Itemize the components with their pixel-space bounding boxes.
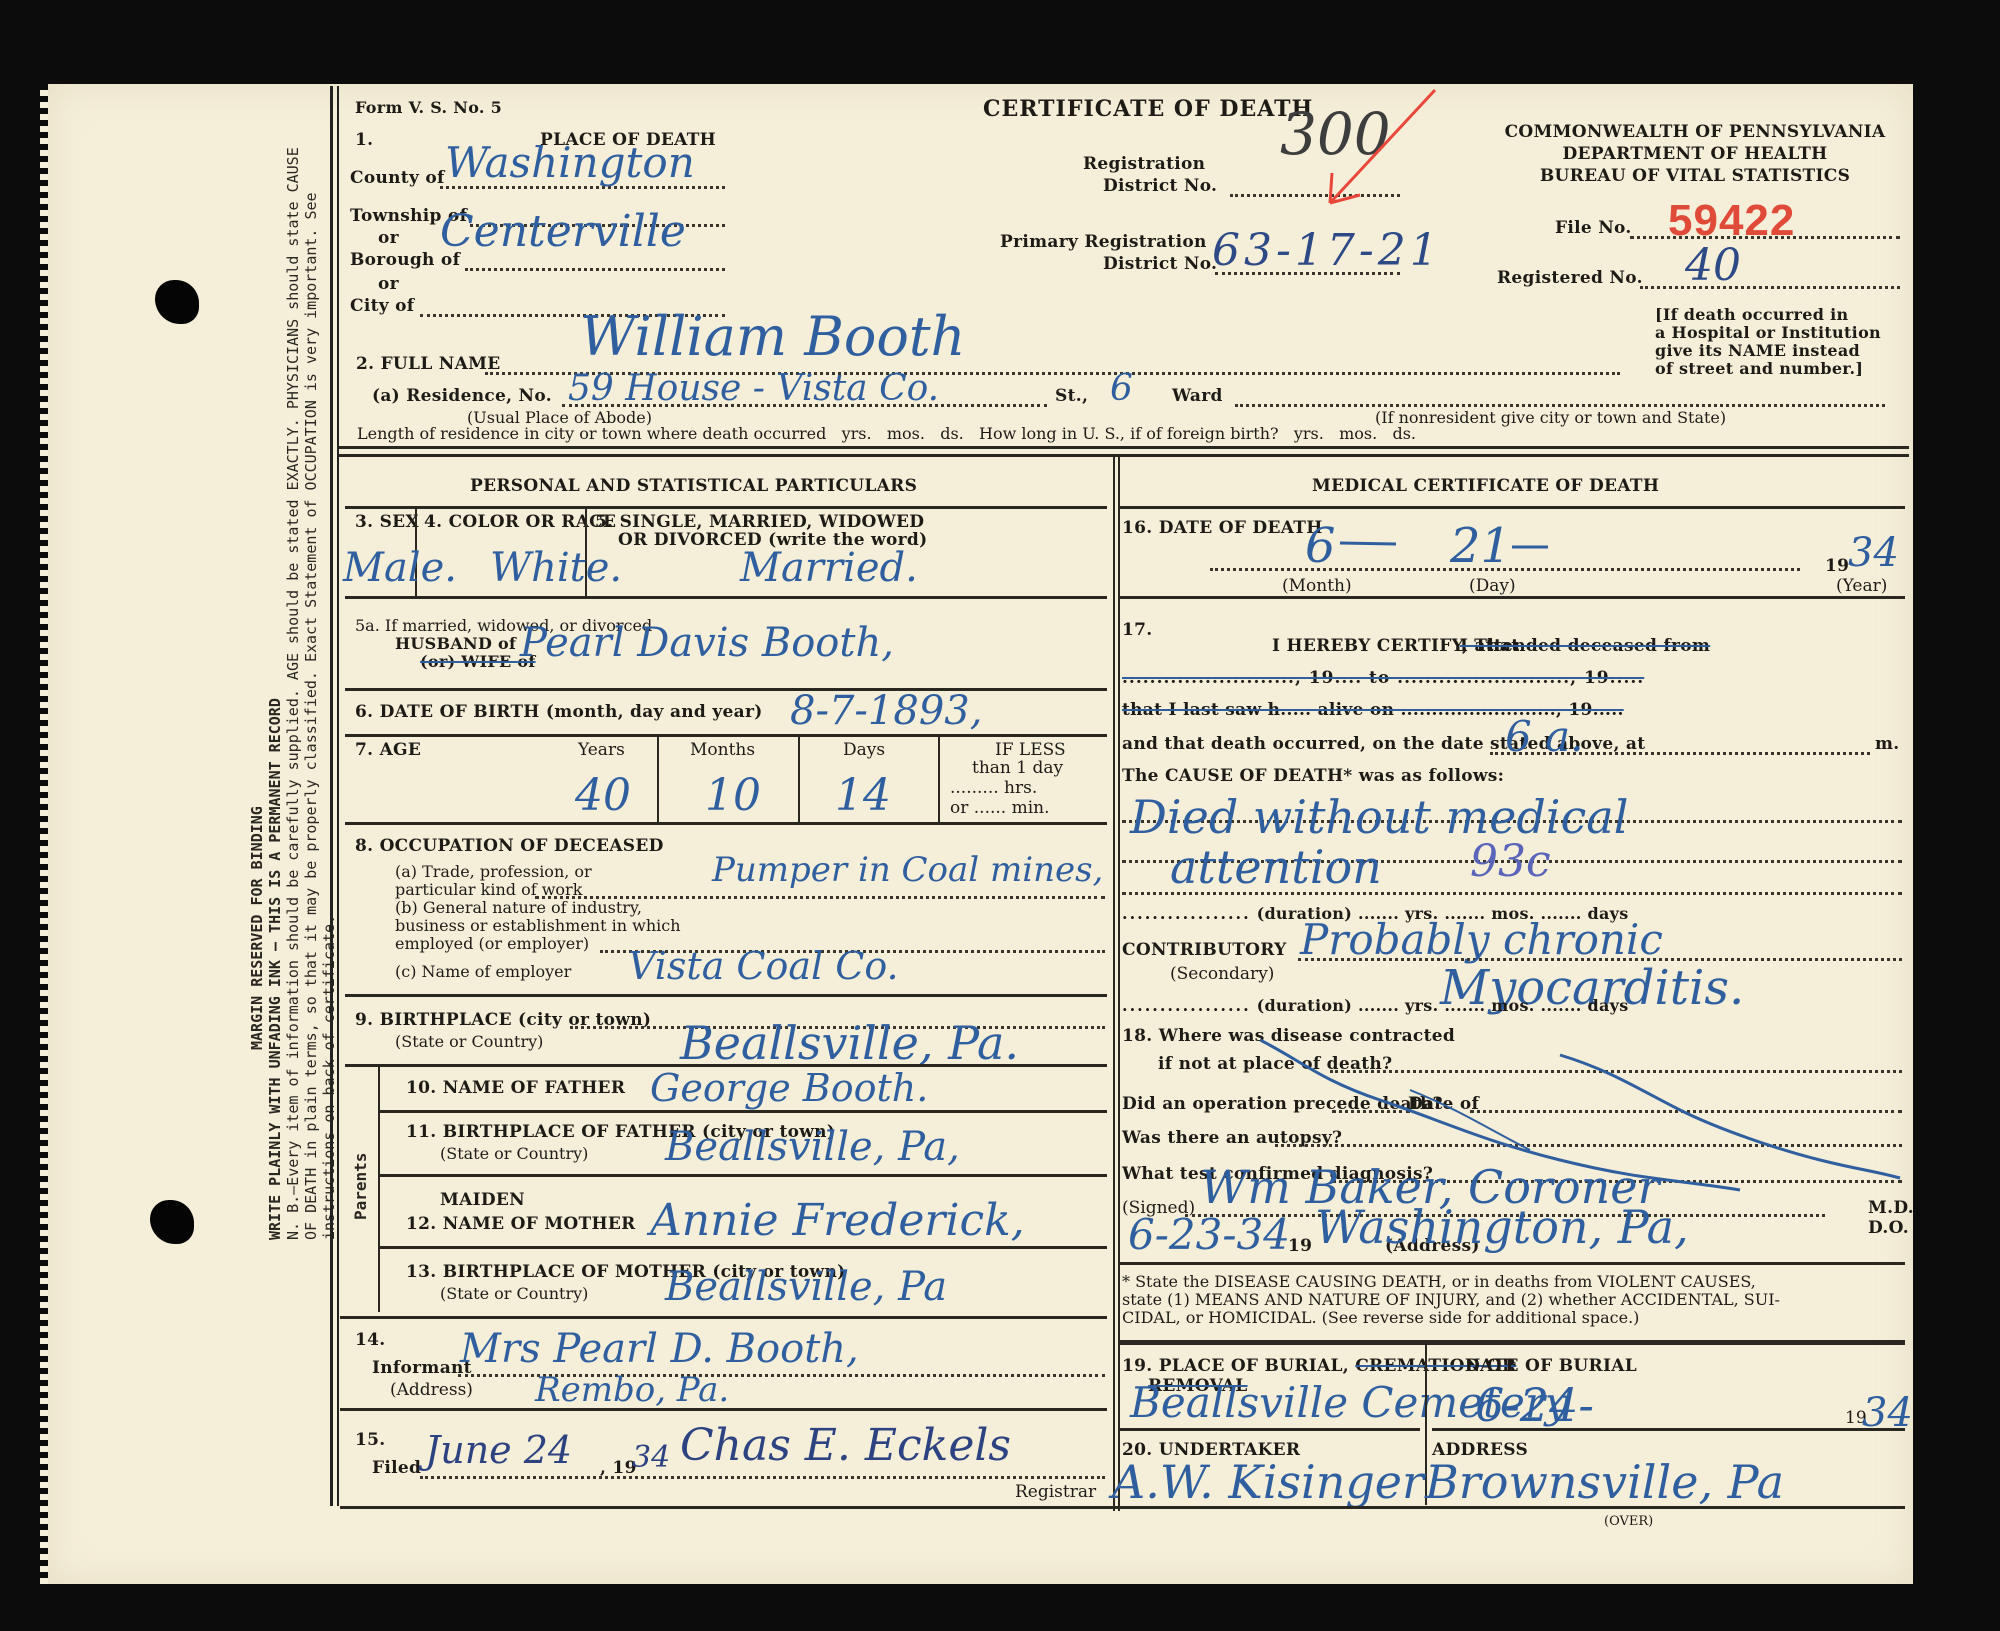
informant-address-label: (Address) (390, 1380, 473, 1400)
undertaker-address-value[interactable]: Brownsville, Pa (1425, 1455, 1784, 1509)
registrar-label: Registrar (1015, 1482, 1096, 1502)
birthplace-value[interactable]: Beallsville, Pa. (680, 1016, 1019, 1070)
occupation-label: 8. OCCUPATION OF DECEASED (355, 836, 664, 856)
or-1: or (378, 228, 399, 248)
year-caption: (Year) (1836, 576, 1887, 596)
column-divider (1113, 456, 1115, 1511)
nonresident-note: (If nonresident give city or town and St… (1375, 408, 1726, 427)
contributory-duration: ................. (duration) ....... yrs… (1122, 996, 1629, 1015)
day-caption: (Day) (1469, 576, 1516, 596)
hospital-note-4: of street and number.] (1655, 359, 1863, 378)
informant-value[interactable]: Mrs Pearl D. Booth, (460, 1326, 859, 1372)
reg-district-label2: District No. (1103, 176, 1217, 196)
file-no-label: File No. (1555, 218, 1632, 238)
authority-line3: BUREAU OF VITAL STATISTICS (1480, 166, 1910, 186)
primary-reg-value[interactable]: 63-17-21 (1212, 225, 1442, 276)
signed-date[interactable]: 6-23-34 (1128, 1210, 1290, 1259)
occ-a-value[interactable]: Pumper in Coal mines, (712, 850, 1103, 890)
spouse-label-2: HUSBAND of (395, 634, 516, 653)
divider-top-2 (339, 454, 1909, 457)
rule (938, 736, 940, 822)
cause-code[interactable]: 93c (1470, 836, 1551, 887)
age-months-label: Months (690, 740, 755, 760)
residence-value[interactable]: 59 House - Vista Co. (568, 368, 939, 409)
form-number: Form V. S. No. 5 (355, 98, 502, 117)
ward-line (1235, 404, 1885, 407)
certificate-title: CERTIFICATE OF DEATH (983, 96, 1313, 122)
age-months-value[interactable]: 10 (705, 770, 761, 821)
red-arrow-mark (1320, 85, 1440, 215)
dod-year-prefix: 19 (1825, 556, 1849, 576)
occ-b-label-2: business or establishment in which (395, 916, 681, 935)
race-label: 4. COLOR OR RACE (424, 512, 616, 532)
rule (1120, 1428, 1420, 1431)
dob-value[interactable]: 8-7-1893, (790, 688, 982, 734)
file-no-stamp: 59422 (1668, 196, 1795, 246)
margin-note-line2: WRITE PLAINLY WITH UNFADING INK — THIS I… (266, 698, 284, 1240)
age-years-label: Years (578, 740, 625, 760)
medical-section-title: MEDICAL CERTIFICATE OF DEATH (1312, 476, 1659, 496)
city-label: City of (350, 296, 414, 316)
margin-note-line5: instructions on back of certificate. (320, 915, 338, 1240)
spouse-value[interactable]: Pearl Davis Booth, (520, 620, 894, 666)
mother-name-label: 12. NAME OF MOTHER (406, 1214, 636, 1234)
filed-year[interactable]: 34 (632, 1440, 670, 1475)
physician-address[interactable]: Washington, Pa, (1315, 1200, 1689, 1254)
dash-mark (1510, 542, 1550, 552)
rule (1120, 1340, 1905, 1345)
burial-date-value[interactable]: 6-24- (1475, 1378, 1594, 1432)
dod-year[interactable]: 34 (1848, 530, 1899, 576)
rule (345, 822, 1107, 825)
dod-month[interactable]: 6 (1305, 518, 1336, 574)
dod-day[interactable]: 21 (1450, 518, 1511, 574)
father-name-value[interactable]: George Booth. (650, 1066, 928, 1110)
certify-struck: I attended deceased from (1460, 636, 1710, 656)
margin-note-line1: MARGIN RESERVED FOR BINDING (248, 806, 266, 1050)
filed-date[interactable]: June 24 (425, 1428, 572, 1472)
rule (380, 1246, 1107, 1249)
borough-line (465, 268, 725, 271)
contributory-label: CONTRIBUTORY (1122, 940, 1287, 960)
rule (345, 994, 1107, 997)
st-value[interactable]: 6 (1110, 368, 1133, 409)
residence-label: (a) Residence, No. (372, 386, 552, 406)
secondary-label: (Secondary) (1170, 964, 1274, 984)
item-1-number: 1. (355, 130, 373, 150)
mother-name-value[interactable]: Annie Frederick, (650, 1195, 1025, 1246)
informant-number: 14. (355, 1330, 385, 1350)
primary-reg-label2: District No. (1103, 254, 1217, 274)
sex-value[interactable]: Male. (343, 545, 457, 591)
margin-note-line4: OF DEATH in plain terms, so that it may … (302, 192, 320, 1240)
burial-date-label: DATE OF BURIAL (1465, 1356, 1637, 1376)
cause-line1-value[interactable]: Died without medical (1130, 790, 1628, 844)
age-less-label-1: IF LESS (995, 740, 1066, 760)
length-of-residence: Length of residence in city or town wher… (357, 424, 1416, 443)
age-days-label: Days (843, 740, 885, 760)
do-label: D.O. (1868, 1218, 1909, 1238)
dash-mark (1338, 538, 1398, 548)
informant-label: Informant (372, 1358, 472, 1378)
attended-dates: ........................., 19.... to ...… (1122, 668, 1644, 688)
over-note: (OVER) (1604, 1514, 1653, 1529)
death-time-value[interactable]: 6 a. (1505, 712, 1583, 761)
dod-label: 16. DATE OF DEATH (1122, 518, 1323, 538)
md-label: M.D. (1868, 1198, 1914, 1218)
bottom-rule (340, 1506, 1905, 1509)
rule (380, 1110, 1107, 1113)
hospital-note-1: [If death occurred in (1655, 305, 1848, 324)
footnote-2: state (1) MEANS AND NATURE OF INJURY, an… (1122, 1290, 1780, 1309)
rule (798, 736, 800, 822)
rule (657, 736, 659, 822)
cause-line2-value[interactable]: attention (1170, 840, 1382, 894)
occ-b-label-3: employed (or employer) (395, 934, 589, 953)
county-label: County of (350, 168, 445, 188)
borough-value[interactable]: Centerville (440, 206, 686, 257)
race-value[interactable]: White. (490, 545, 622, 591)
occ-c-value[interactable]: Vista Coal Co. (628, 944, 899, 988)
birthplace-label-2: (State or Country) (395, 1032, 543, 1051)
divider-top (339, 446, 1909, 449)
occ-c-label: (c) Name of employer (395, 962, 571, 981)
registered-no-line (1640, 286, 1900, 289)
county-value[interactable]: Washington (445, 138, 695, 187)
rule (345, 688, 1107, 691)
rule (380, 1174, 1107, 1177)
age-hours: ......... hrs. (950, 778, 1037, 798)
registrar-signature[interactable]: Chas E. Eckels (680, 1420, 1011, 1471)
rule (340, 1316, 1107, 1319)
father-bp-value[interactable]: Beallsville, Pa, (665, 1124, 960, 1170)
frame-left (330, 86, 333, 1506)
rule (345, 596, 1107, 599)
hospital-note-2: a Hospital or Institution (1655, 323, 1881, 342)
marital-value[interactable]: Married. (740, 545, 918, 591)
authority-line2: DEPARTMENT OF HEALTH (1480, 144, 1910, 164)
filed-label: Filed (372, 1458, 421, 1478)
age-less-label-2: than 1 day (972, 758, 1063, 778)
full-name-value[interactable]: William Booth (580, 305, 965, 368)
rule (1432, 1428, 1905, 1431)
column-divider-2 (1118, 456, 1120, 1511)
item-17-number: 17. (1122, 620, 1152, 640)
rule (1120, 596, 1905, 599)
spouse-label-3: (or) WIFE of (420, 652, 536, 671)
rule (1120, 1262, 1905, 1265)
filed-number: 15. (355, 1430, 385, 1450)
footnote-3: CIDAL, or HOMICIDAL. (See reverse side f… (1122, 1308, 1639, 1327)
marital-label-1: 5. SINGLE, MARRIED, WIDOWED (595, 512, 924, 532)
registered-no-label: Registered No. (1497, 268, 1643, 288)
age-years-value[interactable]: 40 (575, 770, 631, 821)
death-time-suffix: m. (1875, 734, 1900, 754)
rule (1120, 506, 1905, 509)
mother-bp-value[interactable]: Beallsville, Pa (665, 1264, 947, 1310)
mother-bp-label-2: (State or Country) (440, 1284, 588, 1303)
dob-label: 6. DATE OF BIRTH (month, day and year) (355, 702, 763, 722)
contributory-line1-value[interactable]: Probably chronic (1300, 915, 1663, 964)
registered-no-value[interactable]: 40 (1685, 240, 1741, 291)
full-name-label: 2. FULL NAME (356, 354, 501, 374)
father-bp-label-2: (State or Country) (440, 1144, 588, 1163)
occ-a-label-1: (a) Trade, profession, or (395, 862, 592, 881)
reg-district-label: Registration (1083, 154, 1205, 174)
or-2: or (378, 274, 399, 294)
father-name-label: 10. NAME OF FATHER (406, 1078, 625, 1098)
mother-maiden-label: MAIDEN (440, 1190, 525, 1210)
authority-line1: COMMONWEALTH OF PENNSYLVANIA (1480, 122, 1910, 142)
rule (340, 1408, 1107, 1411)
margin-note-line3: N. B.—Every item of information should b… (284, 147, 302, 1240)
age-label: 7. AGE (355, 740, 421, 760)
frame-left-inner (337, 86, 339, 1506)
informant-address-value[interactable]: Rembo, Pa. (535, 1370, 729, 1410)
burial-label: 19. PLACE OF BURIAL, CREMATION OR (1122, 1356, 1516, 1376)
rule (345, 506, 1107, 509)
month-caption: (Month) (1282, 576, 1352, 596)
parents-label: Parents (352, 1153, 370, 1220)
primary-reg-label: Primary Registration (1000, 232, 1207, 252)
footnote-1: * State the DISEASE CAUSING DEATH, or in… (1122, 1272, 1756, 1291)
filed-line (420, 1476, 1105, 1479)
undertaker-value[interactable]: A.W. Kisinger (1112, 1455, 1424, 1509)
hospital-note-3: give its NAME instead (1655, 341, 1860, 360)
cause-label: The CAUSE OF DEATH* was as follows: (1122, 766, 1504, 786)
age-days-value[interactable]: 14 (835, 770, 891, 821)
st-label: St., (1055, 386, 1088, 406)
rule (378, 1066, 380, 1312)
age-minutes: or ...... min. (950, 798, 1050, 818)
ward-label: Ward (1172, 386, 1223, 406)
personal-section-title: PERSONAL AND STATISTICAL PARTICULARS (470, 476, 917, 496)
sex-label: 3. SEX (355, 512, 419, 532)
rule (345, 734, 1107, 737)
signed-year-prefix: 19 (1288, 1236, 1312, 1256)
occ-b-label-1: (b) General nature of industry, (395, 898, 642, 917)
